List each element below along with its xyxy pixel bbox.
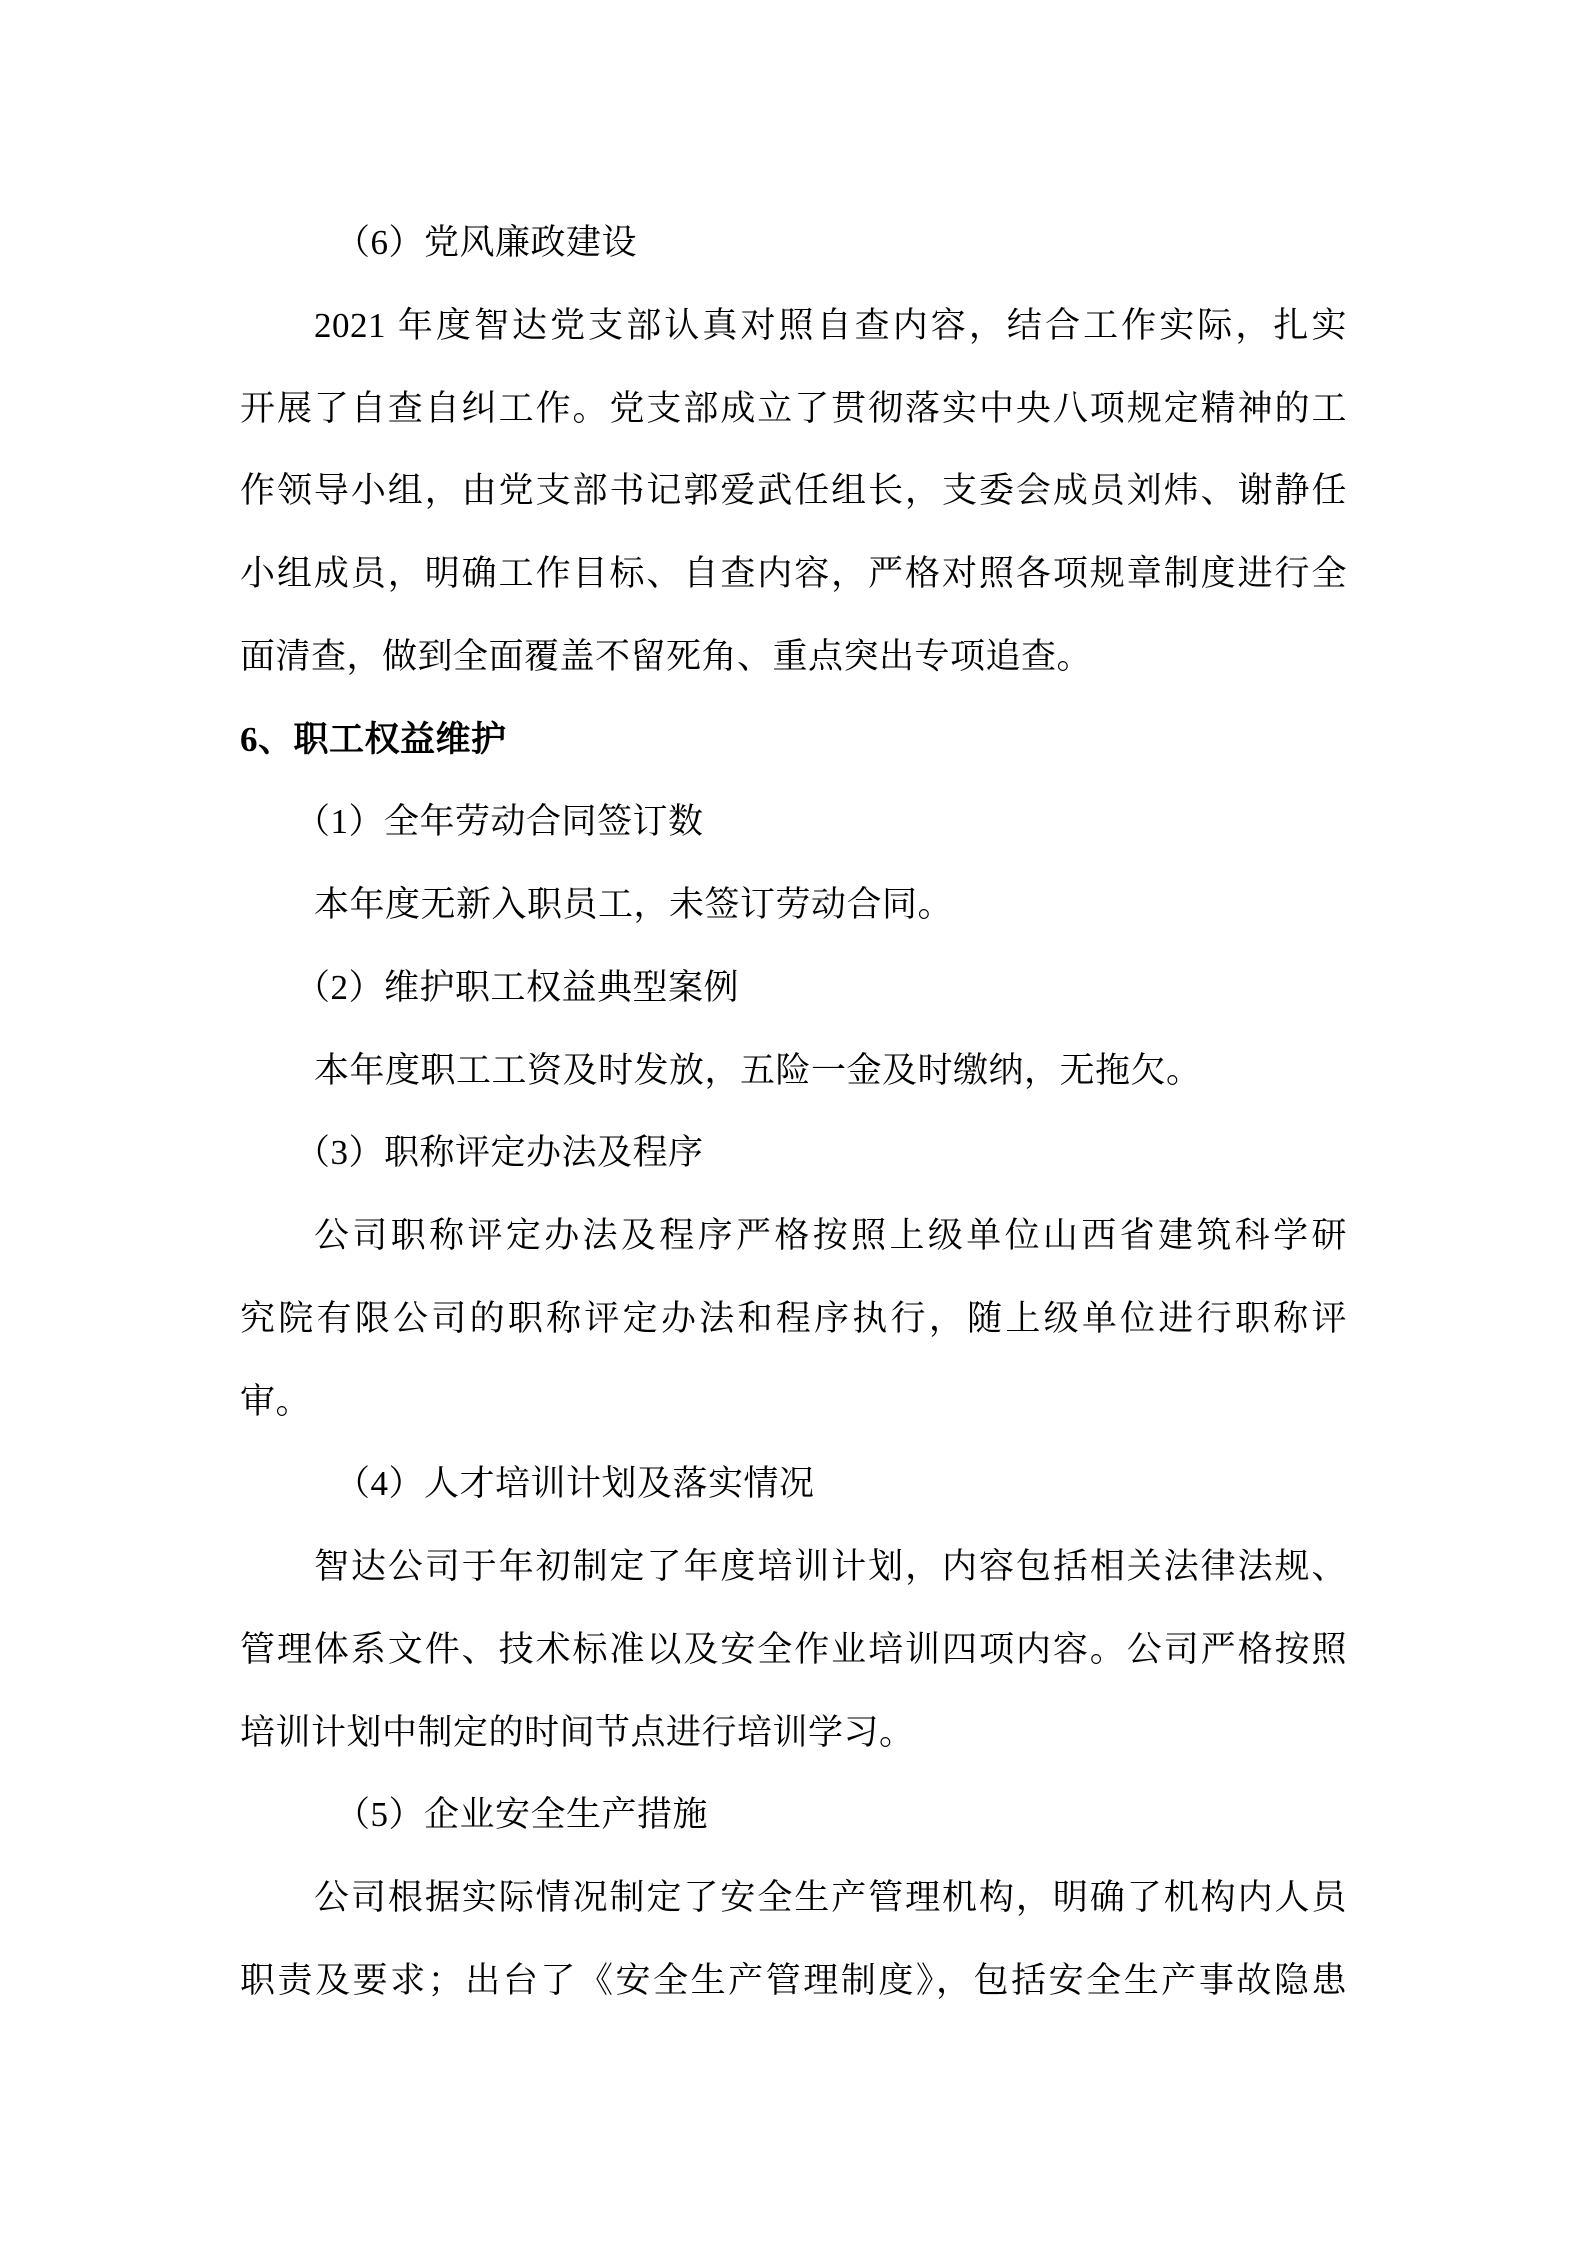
subheading-training-plan: （4）人才培训计划及落实情况 <box>240 1462 1347 1506</box>
document-page: （6）党风廉政建设 2021 年度智达党支部认真对照自查内容，结合工作实际，扎实… <box>0 0 1587 2245</box>
paragraph-line: 审。 <box>240 1380 1347 1424</box>
paragraph-line: 培训计划中制定的时间节点进行培训学习。 <box>240 1711 1347 1755</box>
subheading-safety-measures: （5）企业安全生产措施 <box>240 1793 1347 1837</box>
subheading-rights-cases: （2）维护职工权益典型案例 <box>240 966 1347 1010</box>
paragraph-line: 职责及要求；出台了《安全生产管理制度》，包括安全生产事故隐患 <box>240 1959 1347 2003</box>
paragraph-line: 2021 年度智达党支部认真对照自查内容，结合工作实际，扎实 <box>240 304 1347 348</box>
subheading-title-evaluation: （3）职称评定办法及程序 <box>240 1131 1347 1175</box>
paragraph-line: 开展了自查自纠工作。党支部成立了贯彻落实中央八项规定精神的工 <box>240 387 1347 431</box>
paragraph-line: 公司职称评定办法及程序严格按照上级单位山西省建筑科学研 <box>240 1214 1347 1258</box>
paragraph-line: 智达公司于年初制定了年度培训计划，内容包括相关法律法规、 <box>240 1545 1347 1589</box>
subheading-labor-contracts: （1）全年劳动合同签订数 <box>240 800 1347 844</box>
paragraph-line: 面清查，做到全面覆盖不留死角、重点突出专项追查。 <box>240 635 1347 679</box>
subheading-party-conduct: （6）党风廉政建设 <box>240 221 1347 265</box>
paragraph-line: 本年度无新入职员工，未签订劳动合同。 <box>240 883 1347 927</box>
paragraph-line: 作领导小组，由党支部书记郭爱武任组长，支委会成员刘炜、谢静任 <box>240 469 1347 513</box>
section-heading-worker-rights: 6、职工权益维护 <box>240 718 1347 762</box>
paragraph-line: 公司根据实际情况制定了安全生产管理机构，明确了机构内人员 <box>240 1876 1347 1920</box>
paragraph-line: 管理体系文件、技术标准以及安全作业培训四项内容。公司严格按照 <box>240 1628 1347 1672</box>
paragraph-line: 小组成员，明确工作目标、自查内容，严格对照各项规章制度进行全 <box>240 552 1347 596</box>
paragraph-line: 本年度职工工资及时发放，五险一金及时缴纳，无拖欠。 <box>240 1049 1347 1093</box>
paragraph-line: 究院有限公司的职称评定办法和程序执行，随上级单位进行职称评 <box>240 1297 1347 1341</box>
